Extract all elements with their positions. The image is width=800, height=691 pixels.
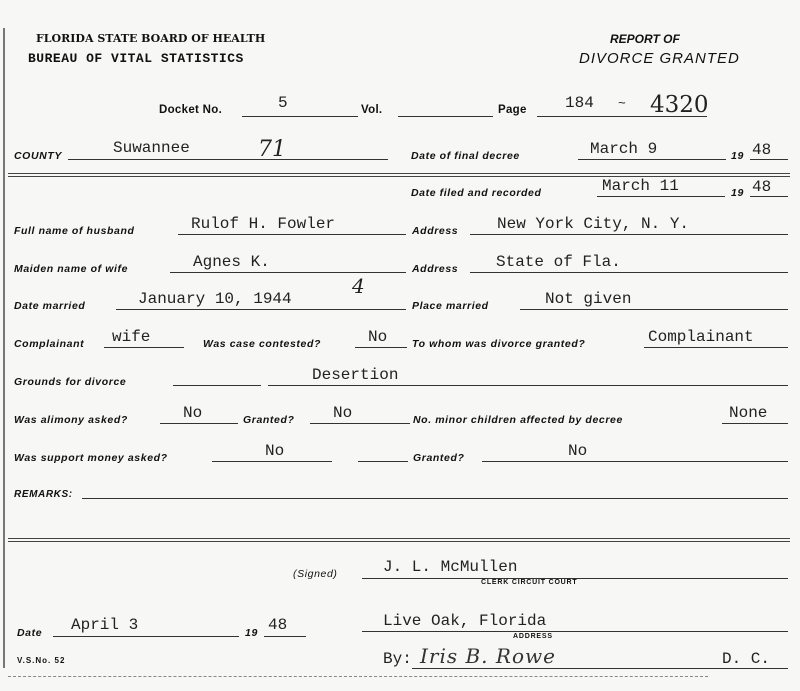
docket-line — [242, 116, 358, 117]
filed-year-line — [750, 196, 788, 197]
bureau-name: BUREAU OF VITAL STATISTICS — [28, 51, 244, 66]
husband-address-line — [470, 234, 788, 235]
agency-name: FLORIDA STATE BOARD OF HEALTH — [36, 32, 265, 45]
section-divider-bottom — [8, 538, 790, 542]
alimony-asked-label: Was alimony asked? — [14, 414, 128, 426]
report-of-label: REPORT OF — [610, 32, 680, 46]
wife-address-label: Address — [412, 263, 458, 275]
county-value: Suwannee — [113, 139, 190, 157]
grounds-line-left — [173, 385, 261, 386]
wife-address-line — [470, 272, 788, 273]
complainant-label: Complainant — [14, 338, 84, 350]
page-dash: ~ — [618, 96, 626, 111]
children-label: No. minor children affected by decree — [413, 414, 623, 426]
place-married-line — [520, 309, 788, 310]
page-value: 184 — [565, 94, 594, 112]
filed-value: March 11 — [602, 177, 679, 195]
final-decree-line — [578, 159, 726, 160]
by-line — [412, 668, 788, 669]
children-line — [722, 423, 788, 424]
filed-year-prefix: 19 — [731, 187, 744, 199]
final-decree-year-prefix: 19 — [731, 150, 744, 162]
children-value: None — [729, 404, 767, 422]
signed-value: J. L. McMullen — [383, 558, 517, 576]
vol-label: Vol. — [361, 104, 382, 116]
filed-label: Date filed and recorded — [411, 187, 542, 199]
granted-to-label: To whom was divorce granted? — [412, 338, 585, 350]
support-granted-label: Granted? — [413, 452, 464, 464]
final-decree-label: Date of final decree — [411, 150, 520, 162]
married-label: Date married — [14, 300, 85, 312]
wife-line — [170, 272, 406, 273]
granted-to-line — [644, 347, 788, 348]
filed-line — [597, 196, 725, 197]
docket-value: 5 — [278, 94, 288, 112]
alimony-asked-value: No — [183, 404, 202, 422]
grounds-label: Grounds for divorce — [14, 376, 126, 388]
page-left-border — [3, 28, 5, 668]
date-label: Date — [17, 627, 42, 639]
final-decree-year-line — [750, 159, 788, 160]
place-married-label: Place married — [412, 300, 489, 312]
alimony-granted-line — [310, 423, 410, 424]
address-caption: ADDRESS — [513, 633, 553, 640]
date-line — [53, 636, 239, 637]
contested-label: Was case contested? — [203, 338, 321, 350]
married-mark: 4 — [352, 274, 365, 298]
alimony-granted-value: No — [333, 404, 352, 422]
alimony-asked-line — [160, 423, 238, 424]
by-signature: Iris B. Rowe — [420, 644, 556, 668]
married-value: January 10, 1944 — [138, 290, 292, 308]
support-asked-value: No — [265, 442, 284, 460]
by-label: By: — [383, 650, 412, 668]
alimony-granted-label: Granted? — [243, 414, 294, 426]
husband-address-value: New York City, N. Y. — [497, 215, 689, 233]
husband-address-label: Address — [412, 225, 458, 237]
contested-line — [355, 347, 407, 348]
remarks-label: REMARKS: — [14, 489, 73, 500]
grounds-value: Desertion — [312, 366, 398, 384]
granted-to-value: Complainant — [648, 328, 754, 346]
county-label: COUNTY — [14, 150, 62, 162]
date-year-line — [264, 636, 306, 637]
complainant-line — [104, 347, 184, 348]
file-number: 4320 — [650, 92, 709, 118]
grounds-line — [268, 385, 788, 386]
signed-title: CLERK CIRCUIT COURT — [481, 579, 577, 586]
husband-value: Rulof H. Fowler — [191, 215, 335, 233]
address-value: Live Oak, Florida — [383, 612, 546, 630]
support-asked-line — [212, 461, 332, 462]
support-spacer-line — [358, 461, 408, 462]
county-code: 71 — [258, 137, 286, 162]
wife-address-value: State of Fla. — [496, 253, 621, 271]
date-year: 48 — [268, 616, 287, 634]
wife-label: Maiden name of wife — [14, 263, 128, 275]
support-granted-value: No — [568, 442, 587, 460]
remarks-line — [82, 498, 788, 499]
support-granted-line — [482, 461, 788, 462]
place-married-value: Not given — [545, 290, 631, 308]
support-asked-label: Was support money asked? — [14, 452, 168, 464]
final-decree-year: 48 — [752, 141, 771, 159]
report-title: DIVORCE GRANTED — [579, 50, 740, 67]
final-decree-value: March 9 — [590, 140, 657, 158]
page-label: Page — [498, 104, 527, 116]
address-line — [362, 631, 788, 632]
county-line — [68, 159, 388, 160]
husband-line — [178, 234, 406, 235]
signed-label: (Signed) — [293, 568, 338, 580]
date-value: April 3 — [71, 616, 138, 634]
by-title: D. C. — [722, 650, 770, 668]
married-line — [116, 309, 406, 310]
docket-label: Docket No. — [159, 104, 222, 116]
form-number: V.S.No. 52 — [17, 656, 65, 665]
contested-value: No — [368, 328, 387, 346]
date-year-prefix: 19 — [245, 627, 258, 639]
page-bottom-edge — [8, 676, 708, 677]
wife-value: Agnes K. — [193, 253, 270, 271]
husband-label: Full name of husband — [14, 225, 135, 237]
complainant-value: wife — [112, 328, 150, 346]
vol-line — [398, 116, 493, 117]
filed-year: 48 — [752, 178, 771, 196]
divorce-report-form: FLORIDA STATE BOARD OF HEALTH BUREAU OF … — [0, 0, 800, 691]
